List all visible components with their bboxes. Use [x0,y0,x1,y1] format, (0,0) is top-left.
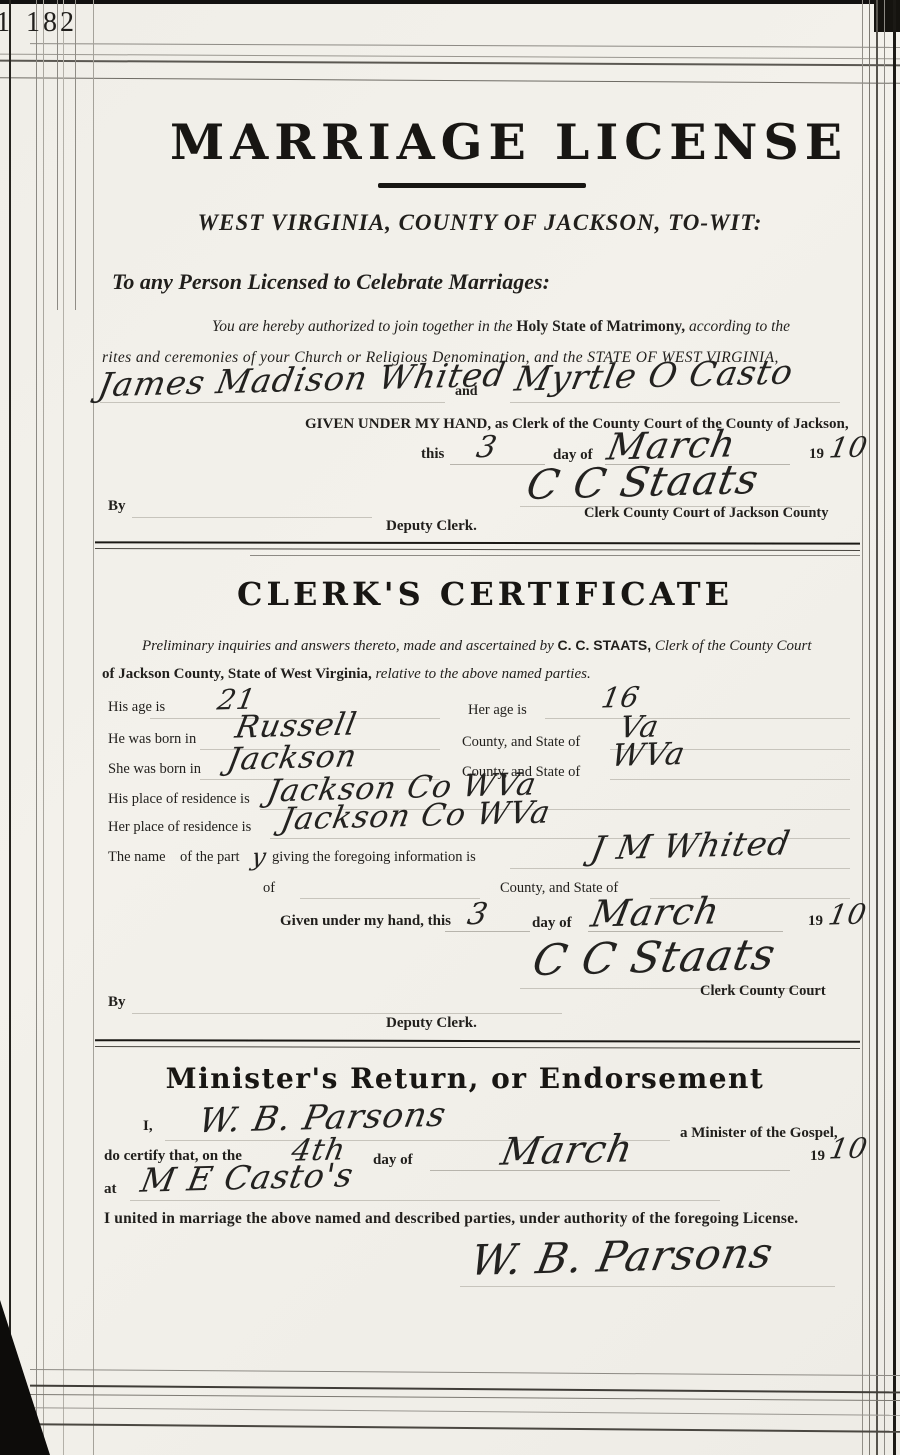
ruled-line [0,77,900,83]
of-label: of [263,880,275,897]
by-line [132,517,372,518]
scanned-ledger-page: 1 182 MARRIAGE LICENSE WEST VIRGINIA, CO… [0,0,900,1455]
name-label-1: The name [108,849,166,866]
ruled-line [0,60,900,67]
intro-text-3: relative to the above named parties. [376,666,591,682]
adjacent-page-digit: 1 [0,7,10,39]
and-label: and [455,384,478,400]
section-divider [250,555,860,556]
section-divider [95,1039,860,1043]
minister-year-prefix: 19 [810,1148,825,1165]
ruled-line [30,1385,900,1394]
salutation-line: To any Person Licensed to Celebrate Marr… [112,269,550,295]
top-edge-bar [0,0,900,4]
certificate-intro-line-2: of Jackson County, State of West Virgini… [102,666,862,683]
minister-year-handwriting: 10 [827,1132,871,1166]
ruled-line [30,1394,900,1401]
left-margin-line [75,0,76,310]
clerk-signature-handwriting: C C Staats [523,455,763,509]
signature-line [460,1286,835,1287]
title-underline [378,183,586,188]
cert-given-label: Given under my hand, this [280,913,451,930]
county-state-bold: of Jackson County, State of West Virgini… [102,666,372,682]
entry-line [300,898,480,899]
ruled-line [30,1423,900,1433]
intro-text-2: Clerk of the County Court [651,638,811,654]
right-margin-line [862,0,863,1455]
entry-line [445,931,530,932]
cert-year-handwriting: 10 [826,898,870,932]
his-residence-label: His place of residence is [108,791,250,808]
gospel-label: a Minister of the Gospel, [680,1125,838,1142]
authorization-line-1: You are hereby authorized to join togeth… [212,318,872,336]
informant-name-handwriting: J M Whited [588,823,794,867]
cert-deputy-clerk-label: Deputy Clerk. [386,1015,477,1032]
certificate-title: CLERK'S CERTIFICATE [170,575,800,613]
section-divider [95,541,860,544]
holy-state-phrase: Holy State of Matrimony, [516,318,685,335]
ruled-line [0,54,900,60]
right-edge-bar [893,0,896,1455]
by-label: By [108,498,126,515]
left-margin-line [9,0,11,1455]
cert-by-label: By [108,994,126,1011]
by-line [132,1013,562,1014]
section-divider [95,548,860,551]
cert-clerk-signature-handwriting: C C Staats [529,930,780,986]
left-margin-line [93,0,94,1455]
year-handwriting: 10 [827,431,871,465]
authorization-text: You are hereby authorized to join togeth… [212,318,516,335]
ruled-line [30,1407,900,1416]
entry-line [545,718,850,719]
ruled-line [30,43,900,48]
intro-text-1: Preliminary inquiries and answers theret… [142,638,558,654]
party-letter-handwriting: y [249,843,269,871]
entry-line [430,1170,790,1171]
state-county-heading: WEST VIRGINIA, COUNTY OF JACKSON, TO-WIT… [160,210,800,236]
bride-name-handwriting: Myrtle O Casto [512,352,797,399]
name-label-3: giving the foregoing information is [272,849,476,866]
cert-month-handwriting: March [588,889,724,935]
minister-signature-handwriting: W. B. Parsons [467,1228,778,1285]
deputy-clerk-label: Deputy Clerk. [386,518,477,535]
cert-year-prefix: 19 [808,913,823,930]
cert-day-handwriting: 3 [465,897,492,933]
place-handwriting: M E Casto's [138,1155,357,1200]
she-born-state-handwriting: WVa [608,736,688,774]
county-state-label-1: County, and State of [462,734,580,751]
authorization-text-end: according to the [685,318,790,335]
right-margin-line [869,0,870,1455]
cert-clerk-title: Clerk County Court [700,983,826,1000]
clerk-title: Clerk County Court of Jackson County [584,505,829,522]
clerk-name-bold: C. C. STAATS, [558,637,652,653]
cert-day-of-label: day of [532,915,572,932]
entry-line [510,402,840,403]
she-born-label: She was born in [108,761,201,778]
left-margin-line [36,0,37,1455]
entry-line [100,402,445,403]
her-residence-handwriting: Jackson Co WVa [278,795,554,838]
section-divider [95,1046,860,1049]
he-born-label: He was born in [108,731,196,748]
united-in-marriage-line: I united in marriage the above named and… [104,1210,798,1228]
minister-section-title: Minister's Return, or Endorsement [150,1062,780,1095]
his-age-label: His age is [108,699,165,716]
page-number: 182 [26,7,77,39]
name-label-2: of the part [180,849,240,866]
right-margin-line [884,0,885,1455]
her-age-label: Her age is [468,702,527,719]
left-margin-line [57,0,58,310]
day-handwriting: 3 [474,430,501,466]
at-label: at [104,1181,117,1198]
certificate-intro-line-1: Preliminary inquiries and answers theret… [142,637,872,655]
left-margin-line [63,0,64,1455]
entry-line [510,868,850,869]
year-prefix: 19 [809,446,824,463]
ruled-line [30,1369,900,1376]
given-under-hand-line: GIVEN UNDER MY HAND, as Clerk of the Cou… [305,416,849,433]
entry-line [610,779,850,780]
left-margin-line [43,0,44,1455]
right-margin-line [876,0,878,1455]
document-title: MARRIAGE LICENSE [170,113,800,171]
entry-line [130,1200,720,1201]
i-label: I, [143,1118,153,1135]
minister-day-of-label: day of [373,1152,413,1169]
minister-month-handwriting: March [498,1126,637,1173]
this-label: this [421,446,444,463]
her-residence-label: Her place of residence is [108,819,251,836]
